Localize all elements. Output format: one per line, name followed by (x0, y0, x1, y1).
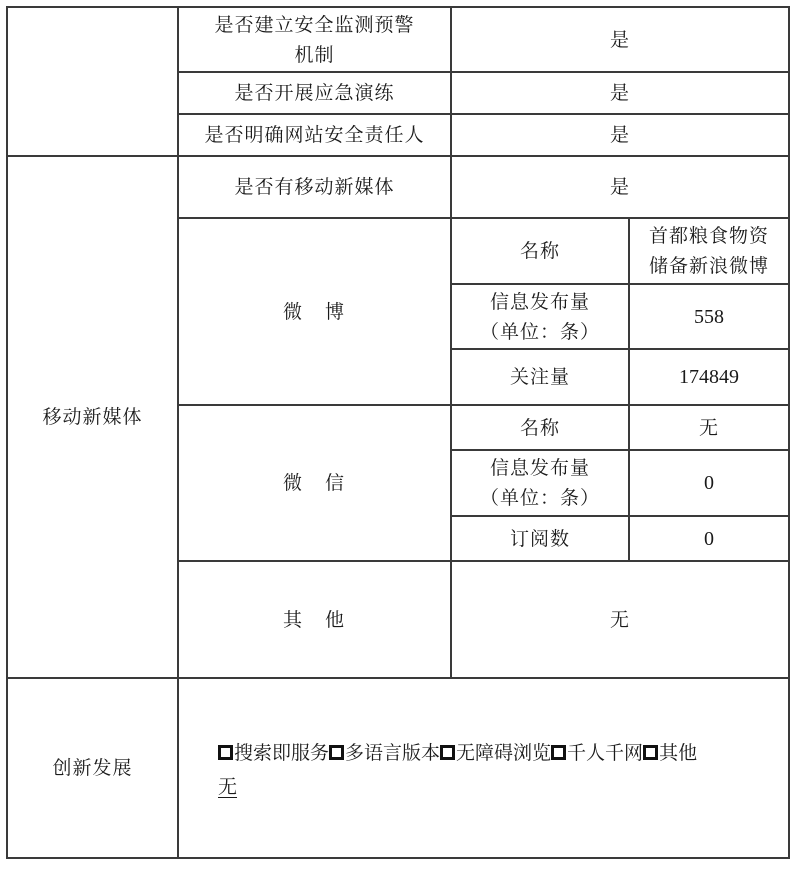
option-label: 多语言版本 (345, 742, 440, 764)
innovation-options: 搜索即服务多语言版本无障碍浏览千人千网其他 无 (218, 736, 784, 804)
label-line: 机制 (294, 40, 334, 70)
mobile-media-section-label: 移动新媒体 (8, 157, 177, 677)
value-line: 首都粮食物资 (649, 221, 769, 251)
option-accessibility[interactable]: 无障碍浏览 (440, 742, 551, 764)
wechat-subscribers-label: 订阅数 (452, 517, 628, 560)
weibo-name-label: 名称 (452, 219, 628, 283)
label-line: 是否建立安全监测预警 (214, 10, 414, 40)
checkbox-icon[interactable] (643, 745, 658, 760)
option-search-as-service[interactable]: 搜索即服务 (218, 742, 329, 764)
label-line: 信息发布量 (490, 453, 590, 483)
innovation-section-label: 创新发展 (8, 679, 177, 857)
wechat-posts-label: 信息发布量 （单位：条） (452, 451, 628, 515)
label-line: 信息发布量 (490, 287, 590, 317)
has-mobile-media-label: 是否有移动新媒体 (179, 157, 450, 217)
wechat-posts-value: 0 (630, 451, 788, 515)
wechat-subscribers-value: 0 (630, 517, 788, 560)
has-mobile-media-value: 是 (452, 157, 788, 217)
weibo-label: 微 博 (179, 219, 450, 404)
innovation-other-value: 无 (218, 776, 237, 798)
weibo-followers-label: 关注量 (452, 350, 628, 404)
label-line: （单位：条） (480, 317, 600, 347)
value-line: 储备新浪微博 (649, 251, 769, 281)
option-multilingual[interactable]: 多语言版本 (329, 742, 440, 764)
security-monitoring-label: 是否建立安全监测预警 机制 (179, 8, 450, 71)
weibo-followers-value: 174849 (630, 350, 788, 404)
weibo-name-value: 首都粮食物资 储备新浪微博 (630, 219, 788, 283)
wechat-name-value: 无 (630, 406, 788, 449)
wechat-label: 微 信 (179, 406, 450, 560)
checkbox-icon[interactable] (218, 745, 233, 760)
emergency-drill-value: 是 (452, 73, 788, 113)
table-right-border (788, 6, 790, 859)
option-label: 千人千网 (567, 742, 643, 764)
checkbox-icon[interactable] (551, 745, 566, 760)
table-bottom-border (6, 857, 790, 859)
security-monitoring-value: 是 (452, 8, 788, 71)
emergency-drill-label: 是否开展应急演练 (179, 73, 450, 113)
weibo-posts-label: 信息发布量 （单位：条） (452, 285, 628, 348)
label-line: （单位：条） (480, 483, 600, 513)
wechat-name-label: 名称 (452, 406, 628, 449)
checkbox-icon[interactable] (329, 745, 344, 760)
option-label: 其他 (659, 742, 697, 764)
checkbox-icon[interactable] (440, 745, 455, 760)
other-media-label: 其 他 (179, 562, 450, 677)
option-personalization[interactable]: 千人千网 (551, 742, 643, 764)
security-owner-value: 是 (452, 115, 788, 155)
other-media-value: 无 (452, 562, 788, 677)
option-label: 搜索即服务 (234, 742, 329, 764)
weibo-posts-value: 558 (630, 285, 788, 348)
option-other[interactable]: 其他 (643, 742, 697, 764)
option-label: 无障碍浏览 (456, 742, 551, 764)
security-owner-label: 是否明确网站安全责任人 (179, 115, 450, 155)
